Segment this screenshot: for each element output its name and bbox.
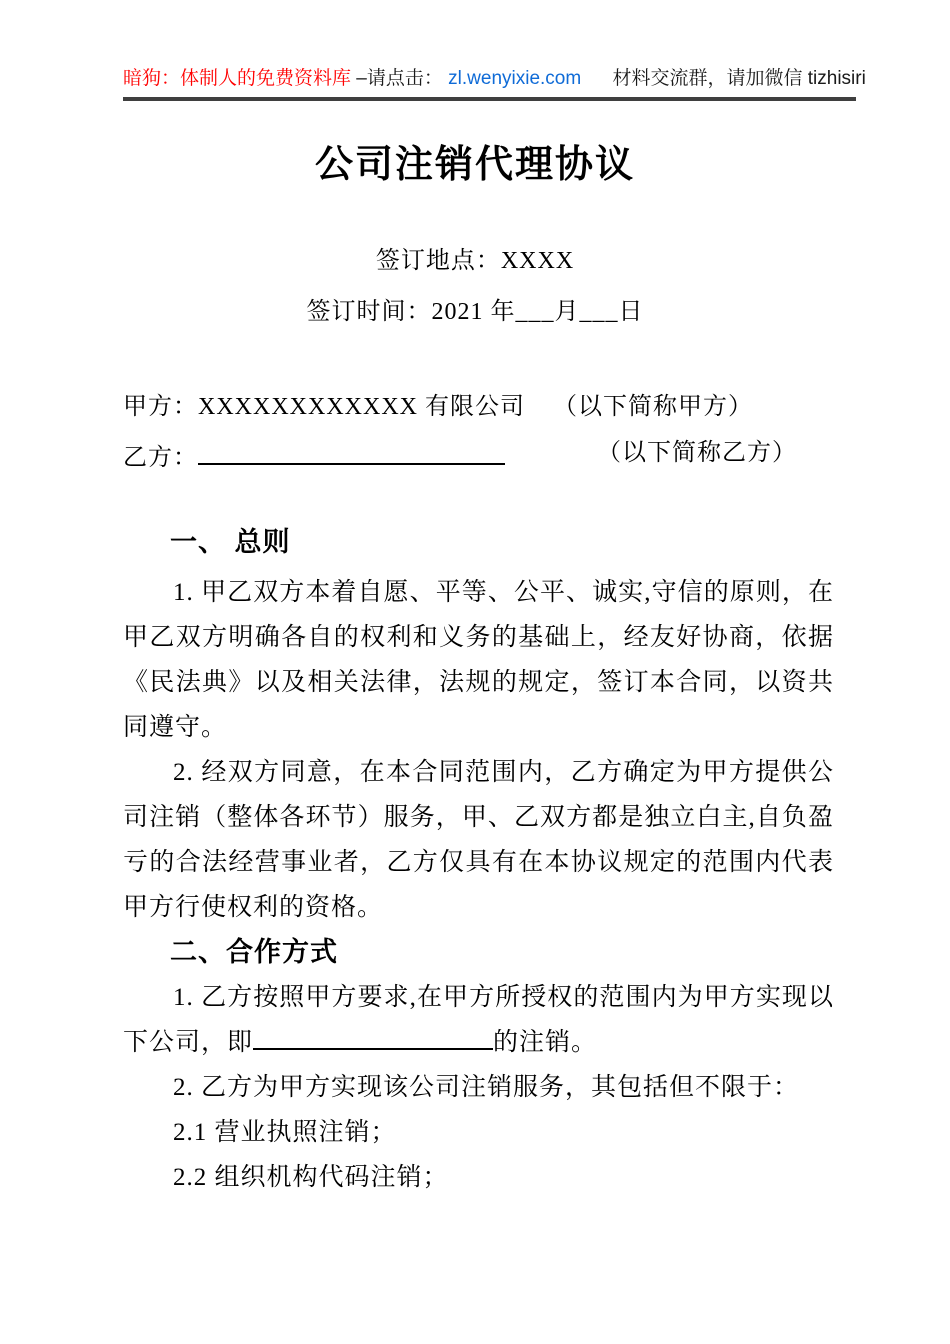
paragraph-cooperation-2: 2. 乙方为甲方实现该公司注销服务，其包括但不限于： <box>123 1065 834 1110</box>
sign-place-line: 签订地点：XXXX <box>0 246 950 276</box>
party-b-alias: （以下简称乙方） <box>597 437 797 469</box>
section-heading-general: 一、 总则 <box>170 525 834 559</box>
document-page: 暗狗：体制人的免费资料库 –请点击： zl.wenyixie.com 材料交流群… <box>0 0 950 1344</box>
party-a-row: 甲方：XXXXXXXXXXXX 有限公司 （以下简称甲方） <box>123 391 950 423</box>
sign-time-line: 签订时间：2021 年___月___日 <box>0 297 950 327</box>
promo-red-text: 暗狗：体制人的免费资料库 <box>123 68 351 89</box>
list-item-2-2: 2.2 组织机构代码注销； <box>123 1155 834 1200</box>
parties-block: 甲方：XXXXXXXXXXXX 有限公司 （以下简称甲方） 乙方： （以下简称乙… <box>123 391 950 469</box>
header-divider <box>123 97 856 101</box>
coop-p1-suffix: 的注销。 <box>493 1029 597 1056</box>
party-a-label: 甲方：XXXXXXXXXXXX 有限公司 <box>123 394 525 420</box>
promo-right-text: 材料交流群，请加微信 tizhisiri <box>612 68 865 89</box>
document-title: 公司注销代理协议 <box>0 141 950 189</box>
paragraph-cooperation-1: 1. 乙方按照甲方要求,在甲方所授权的范围内为甲方实现以下公司，即的注销。 <box>123 975 834 1065</box>
company-name-blank-field[interactable] <box>253 1025 493 1050</box>
section-heading-cooperation: 二、合作方式 <box>170 930 834 975</box>
party-b-blank-field[interactable] <box>198 437 505 465</box>
promo-banner: 暗狗：体制人的免费资料库 –请点击： zl.wenyixie.com 材料交流群… <box>0 0 870 92</box>
document-body: 一、 总则 1. 甲乙双方本着自愿、平等、公平、诚实,守信的原则，在甲乙双方明确… <box>123 525 834 1200</box>
paragraph-general-2: 2. 经双方同意，在本合同范围内，乙方确定为甲方提供公司注销（整体各环节）服务，… <box>123 750 834 930</box>
list-item-2-1: 2.1 营业执照注销； <box>123 1110 834 1155</box>
party-b-row: 乙方： （以下简称乙方） <box>123 437 950 469</box>
party-a-alias: （以下简称甲方） <box>553 391 753 423</box>
party-b-label: 乙方： <box>123 445 198 471</box>
paragraph-general-1: 1. 甲乙双方本着自愿、平等、公平、诚实,守信的原则，在甲乙双方明确各自的权利和… <box>123 570 834 750</box>
promo-click-text: –请点击： <box>356 68 443 89</box>
promo-link[interactable]: zl.wenyixie.com <box>448 68 581 89</box>
